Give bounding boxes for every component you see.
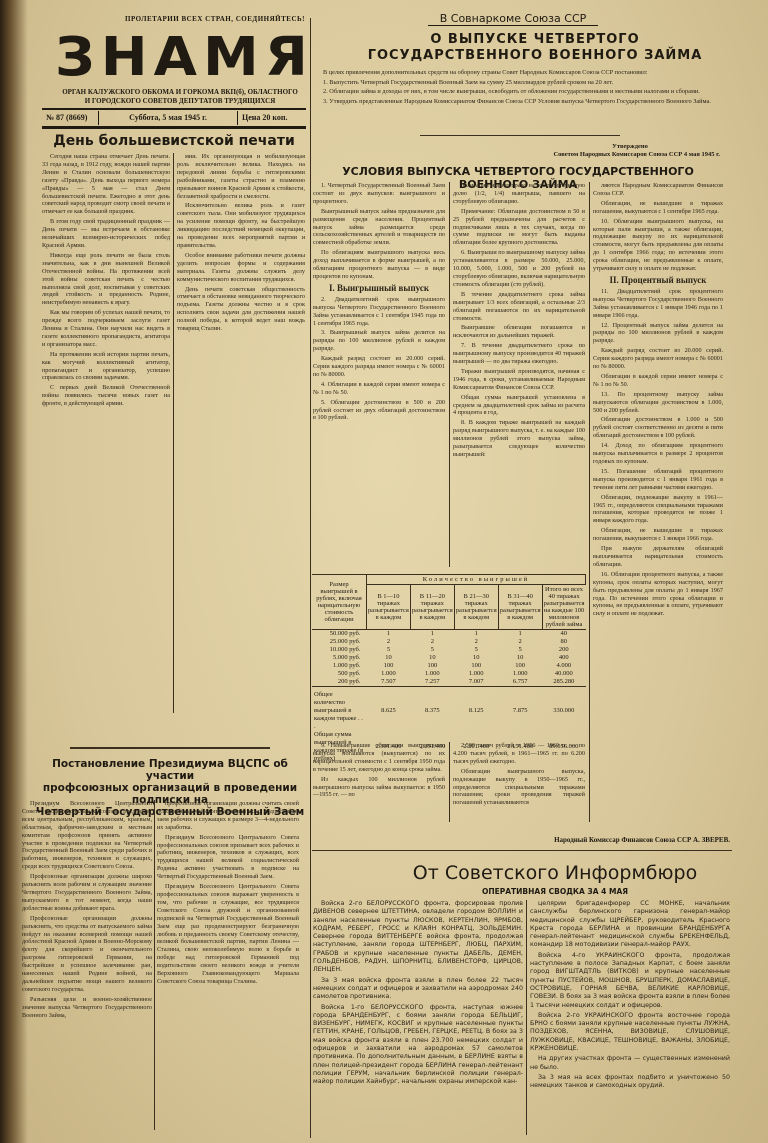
column-rule	[449, 182, 450, 567]
table-row: 200 руб.7.5077.2577.0076.757285.280	[312, 678, 586, 687]
sovnarkom-body: В целях привлечения дополнительных средс…	[315, 69, 715, 134]
after-table-col-2: 2.500 тысяч рублей, в 1956 — 1960 гг. — …	[453, 742, 585, 826]
masthead-title: ЗНАМЯ	[55, 29, 305, 88]
vcsps-col-2: профсоюзные организации должны считать с…	[157, 800, 299, 1138]
decree-divider	[420, 135, 620, 136]
approved-block: Утверждено Советом Народных Комиссаров С…	[480, 143, 720, 159]
section-1-title: I. Выигрышный выпуск	[313, 285, 445, 293]
informburo-col-1: Войска 2-го БЕЛОРУССКОГО фронта, форсиро…	[313, 900, 523, 1140]
signature: Народный Комиссар Финансов Союза ССР А. …	[480, 836, 730, 844]
table-row: 10.000 руб.5555200	[312, 646, 586, 654]
table-row: 50.000 руб.111140	[312, 630, 586, 639]
table-row: 500 руб.1.0001.0001.0001.00040.000	[312, 670, 586, 678]
organ-line-1: ОРГАН КАЛУЖСКОГО ОБКОМА И ГОРКОМА ВКП(б)…	[55, 88, 305, 97]
conditions-col-1: 1. Четвертый Государственный Военный Зае…	[313, 182, 445, 570]
organ-line-2: И ГОРОДСКОГО СОВЕТОВ ДЕПУТАТОВ ТРУДЯЩИХС…	[55, 97, 305, 106]
table-row: 1.000 руб.1001001001004.000	[312, 662, 586, 670]
section-divider	[70, 747, 270, 749]
press-day-col-1: Сегодня наша страна отмечает День печати…	[42, 153, 170, 715]
press-day-col-2: мии. Их организующая и мобилизующая роль…	[177, 153, 305, 715]
issue-date: Суббота, 5 мая 1945 г.	[99, 111, 238, 125]
masthead-info-bar: № 87 (8669) Суббота, 5 мая 1945 г. Цена …	[42, 108, 306, 129]
column-rule	[154, 800, 155, 1130]
table-row: 5.000 руб.10101010400	[312, 654, 586, 662]
conditions-col-2: облигаций и дают право на соответствующу…	[453, 182, 585, 570]
vcsps-col-1: Президиум Всесоюзного Центрального Совет…	[22, 800, 152, 1138]
after-table-col-1: 9. Невыигравшие облигации выигрышного вы…	[313, 742, 445, 826]
conditions-col-3: ляются Народным Комиссариатом Финансов С…	[593, 182, 723, 822]
winnings-table: Размер выигрышей в рублях, включая нариц…	[312, 574, 586, 763]
section-2-title: II. Процентный выпуск	[593, 277, 723, 285]
column-rule	[526, 900, 527, 1135]
informburo-subtitle: ОПЕРАТИВНАЯ СВОДКА ЗА 4 МАЯ	[420, 887, 690, 896]
sovnarkom-kicker: В Совнаркоме Союза ССР	[428, 12, 598, 26]
masthead-slogan: ПРОЛЕТАРИИ ВСЕХ СТРАН, СОЕДИНЯЙТЕСЬ!	[120, 15, 310, 23]
press-day-headline: День большевистской печати	[42, 133, 306, 149]
column-rule	[173, 153, 174, 713]
sovnarkom-headline: О ВЫПУСКЕ ЧЕТВЕРТОГО ГОСУДАРСТВЕННОГО ВО…	[360, 32, 710, 64]
winnings-table-wrap: Размер выигрышей в рублях, включая нариц…	[312, 574, 586, 763]
informburo-col-2: целярии бригаденфюрер СС МОНКЕ, начальни…	[530, 900, 730, 1140]
masthead-organ: ОРГАН КАЛУЖСКОГО ОБКОМА И ГОРКОМА ВКП(б)…	[55, 88, 305, 106]
section-divider	[312, 850, 732, 851]
issue-price: Цена 20 коп.	[238, 111, 306, 125]
column-rule	[589, 182, 590, 822]
issue-number: № 87 (8669)	[42, 111, 99, 125]
table-row: 25.000 руб.222280	[312, 638, 586, 646]
column-rule	[449, 742, 450, 822]
informburo-title: От Советского Информбюро	[405, 862, 705, 884]
page-column-rule	[310, 18, 311, 1138]
